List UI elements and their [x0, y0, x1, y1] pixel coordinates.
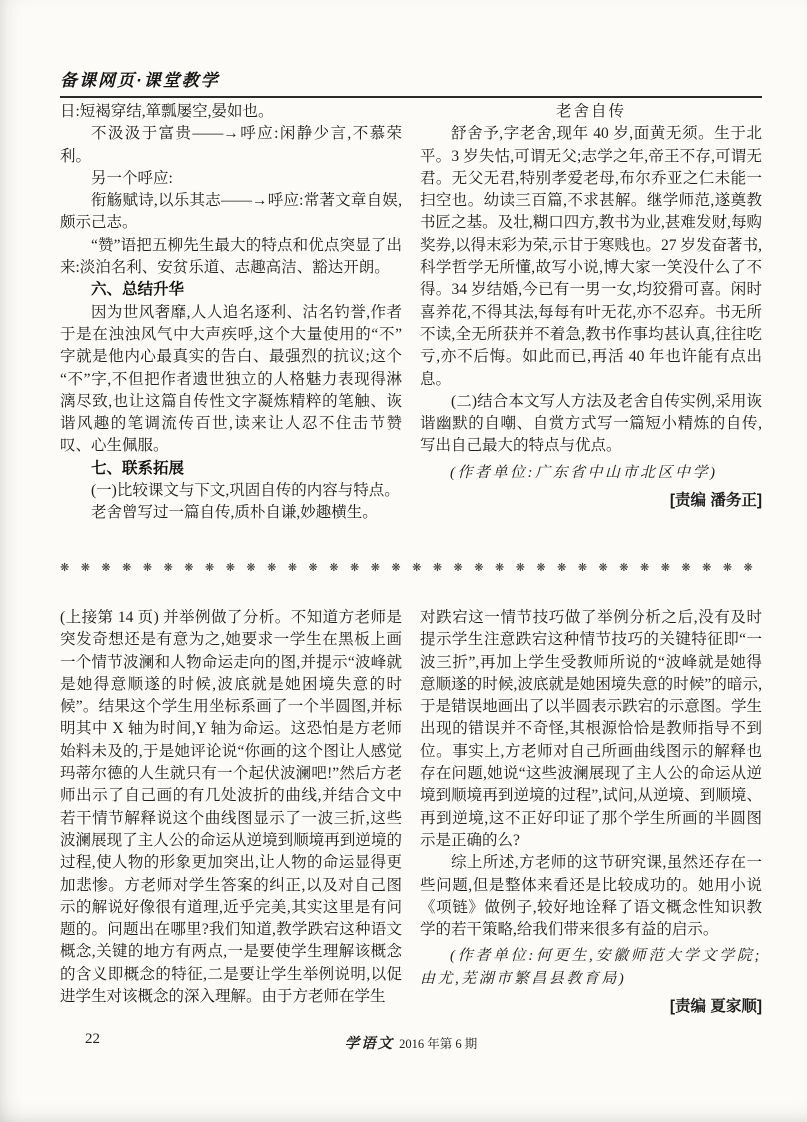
lower-section: (上接第 14 页) 并举例做了分析。不知道方老师是突发奇想还是有意为之,她要求…	[60, 607, 762, 1018]
subsection-heading: 六、总结升华	[60, 279, 402, 301]
paragraph: 综上所述,方老师的这节研究课,虽然还存在一些问题,但是整体来看还是比较成功的。她…	[420, 852, 762, 941]
upper-section: 日:短褐穿结,箪瓢屡空,晏如也。 不汲汲于富贵——→呼应:闲静少言,不慕荣利。 …	[60, 101, 762, 525]
journal-issue-line: 学语文2016 年第 6 期	[60, 1032, 762, 1053]
paragraph: 舒舍予,字老舍,现年 40 岁,面黄无须。生于北平。3 岁失怙,可谓无父;志学之…	[420, 123, 762, 391]
paragraph: 日:短褐穿结,箪瓢屡空,晏如也。	[60, 101, 402, 123]
paragraph: 不汲汲于富贵——→呼应:闲静少言,不慕荣利。	[60, 123, 402, 168]
paragraph: 衔觞赋诗,以乐其志——→呼应:常著文章自娱,颇示己志。	[60, 190, 402, 235]
paragraph: (二)结合本文写人方法及老舍自传实例,采用诙谐幽默的自嘲、自赏方式写一篇短小精炼…	[420, 391, 762, 458]
editor-credit: [责编 夏家顺]	[420, 996, 762, 1018]
editor-credit: [责编 潘务正]	[420, 490, 762, 512]
paragraph: 另一个呼应:	[60, 168, 402, 190]
paragraph: 因为世风奢靡,人人追名逐利、沽名钓誉,作者于是在浊浊风气中大声疾呼,这个大量使用…	[60, 302, 402, 458]
subsection-heading: 七、联系拓展	[60, 458, 402, 480]
paragraph: “赞”语把五柳先生最大的特点和优点突显了出来:淡泊名利、安贫乐道、志趣高洁、豁达…	[60, 235, 402, 280]
paragraph: (上接第 14 页) 并举例做了分析。不知道方老师是突发奇想还是有意为之,她要求…	[60, 607, 402, 1008]
paragraph: 对跌宕这一情节技巧做了举例分析之后,没有及时提示学生注意跌宕这种情节技巧的关键特…	[420, 607, 762, 852]
paragraph: 老舍曾写过一篇自传,质朴自谦,妙趣横生。	[60, 502, 402, 524]
author-affiliation: (作者单位:何更生,安徽师范大学文学院;由尤,芜湖市繁昌县教育局)	[420, 945, 762, 990]
header-rule	[60, 96, 762, 98]
lower-left-column: (上接第 14 页) 并举例做了分析。不知道方老师是突发奇想还是有意为之,她要求…	[60, 607, 402, 1018]
journal-name: 学语文	[345, 1036, 395, 1052]
article-title: 老舍自传	[420, 101, 762, 123]
running-head: 备课网页·课堂教学	[60, 66, 762, 98]
section-title: 备课网页·课堂教学	[60, 66, 220, 91]
page-footer: 22 学语文2016 年第 6 期	[60, 1031, 762, 1053]
paragraph: (一)比较课文与下文,巩固自传的内容与特点。	[60, 480, 402, 502]
upper-left-column: 日:短褐穿结,箪瓢屡空,晏如也。 不汲汲于富贵——→呼应:闲静少言,不慕荣利。 …	[60, 101, 402, 525]
upper-right-column: 老舍自传 舒舍予,字老舍,现年 40 岁,面黄无须。生于北平。3 岁失怙,可谓无…	[420, 101, 762, 525]
lower-right-column: 对跌宕这一情节技巧做了举例分析之后,没有及时提示学生注意跌宕这种情节技巧的关键特…	[420, 607, 762, 1018]
issue-info: 2016 年第 6 期	[399, 1037, 477, 1051]
journal-page: 备课网页·课堂教学 日:短褐穿结,箪瓢屡空,晏如也。 不汲汲于富贵——→呼应:闲…	[0, 0, 807, 1122]
ornament-divider: ❋ ❋ ❋ ❋ ❋ ❋ ❋ ❋ ❋ ❋ ❋ ❋ ❋ ❋ ❋ ❋ ❋ ❋ ❋ ❋ …	[60, 561, 762, 574]
author-affiliation: (作者单位:广东省中山市北区中学)	[420, 462, 762, 484]
